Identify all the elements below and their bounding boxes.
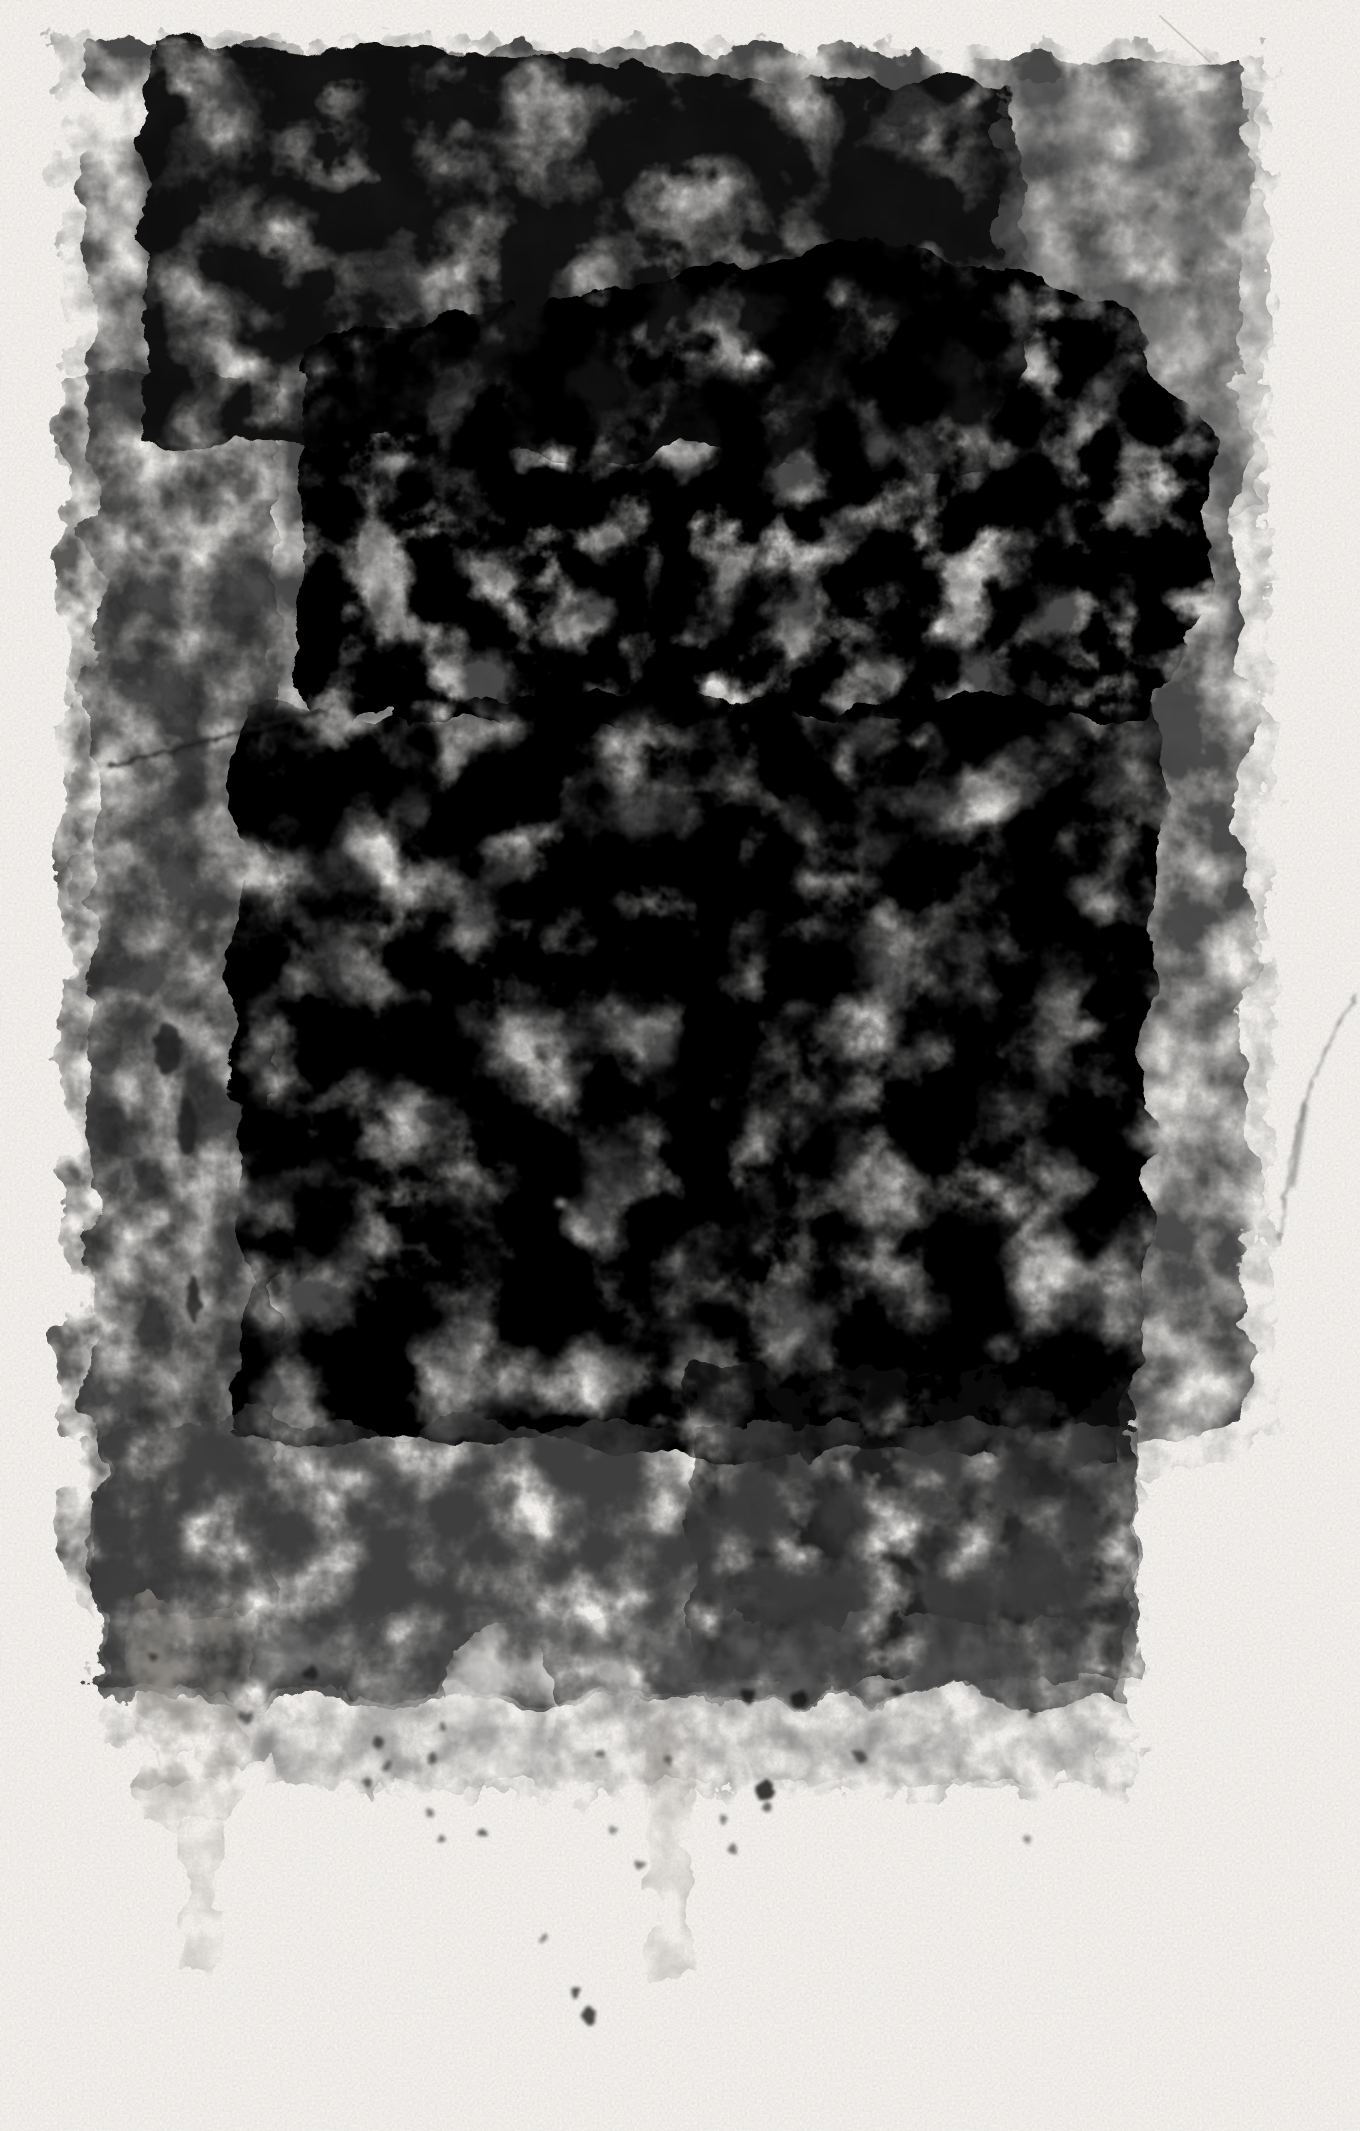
spatter-dot xyxy=(596,1749,604,1757)
bottom-fade-speckle xyxy=(140,1620,1100,1785)
spatter-dot xyxy=(541,1934,549,1942)
wedge-tail-streak xyxy=(183,1815,219,1963)
central-dark-mass xyxy=(235,700,1160,1460)
spatter-dot xyxy=(383,1762,391,1770)
spatter-dot xyxy=(763,1802,773,1812)
spatter-dot xyxy=(148,1652,158,1662)
ink-print-image xyxy=(0,0,1360,2131)
spatter-dot xyxy=(346,1696,354,1704)
white-fleck xyxy=(555,1198,565,1208)
spatter-dot xyxy=(608,1826,616,1834)
artwork-canvas xyxy=(0,0,1360,2131)
spatter-dot xyxy=(664,1756,672,1764)
spatter-dot xyxy=(727,1843,737,1853)
spatter-dot xyxy=(360,1778,370,1788)
ink-drip xyxy=(178,1095,196,1155)
spatter-dot xyxy=(569,1986,581,1998)
spatter-dot xyxy=(581,2008,597,2024)
spatter-dot xyxy=(439,1722,447,1730)
spatter-dot xyxy=(719,1816,727,1824)
spatter-dot xyxy=(1024,1834,1032,1842)
spatter-dot xyxy=(1028,1710,1038,1720)
spatter-dot xyxy=(755,1780,775,1800)
bottom-center-streak xyxy=(648,1700,690,1983)
ink-drip xyxy=(154,1022,182,1074)
spatter-dot xyxy=(241,1712,253,1724)
spatter-dot xyxy=(426,1809,434,1817)
spatter-dot xyxy=(635,1859,645,1869)
spatter-dot xyxy=(303,1666,317,1680)
spatter-dot xyxy=(373,1736,383,1746)
spatter-dot xyxy=(854,1751,866,1763)
spatter-dot xyxy=(791,1691,809,1709)
spatter-dot xyxy=(438,1834,446,1842)
spatter-dot xyxy=(741,1688,755,1702)
ink-drip xyxy=(186,1278,200,1322)
spatter-dot xyxy=(891,1686,903,1698)
spatter-dot xyxy=(477,1828,487,1838)
spatter-dot xyxy=(427,1753,437,1763)
